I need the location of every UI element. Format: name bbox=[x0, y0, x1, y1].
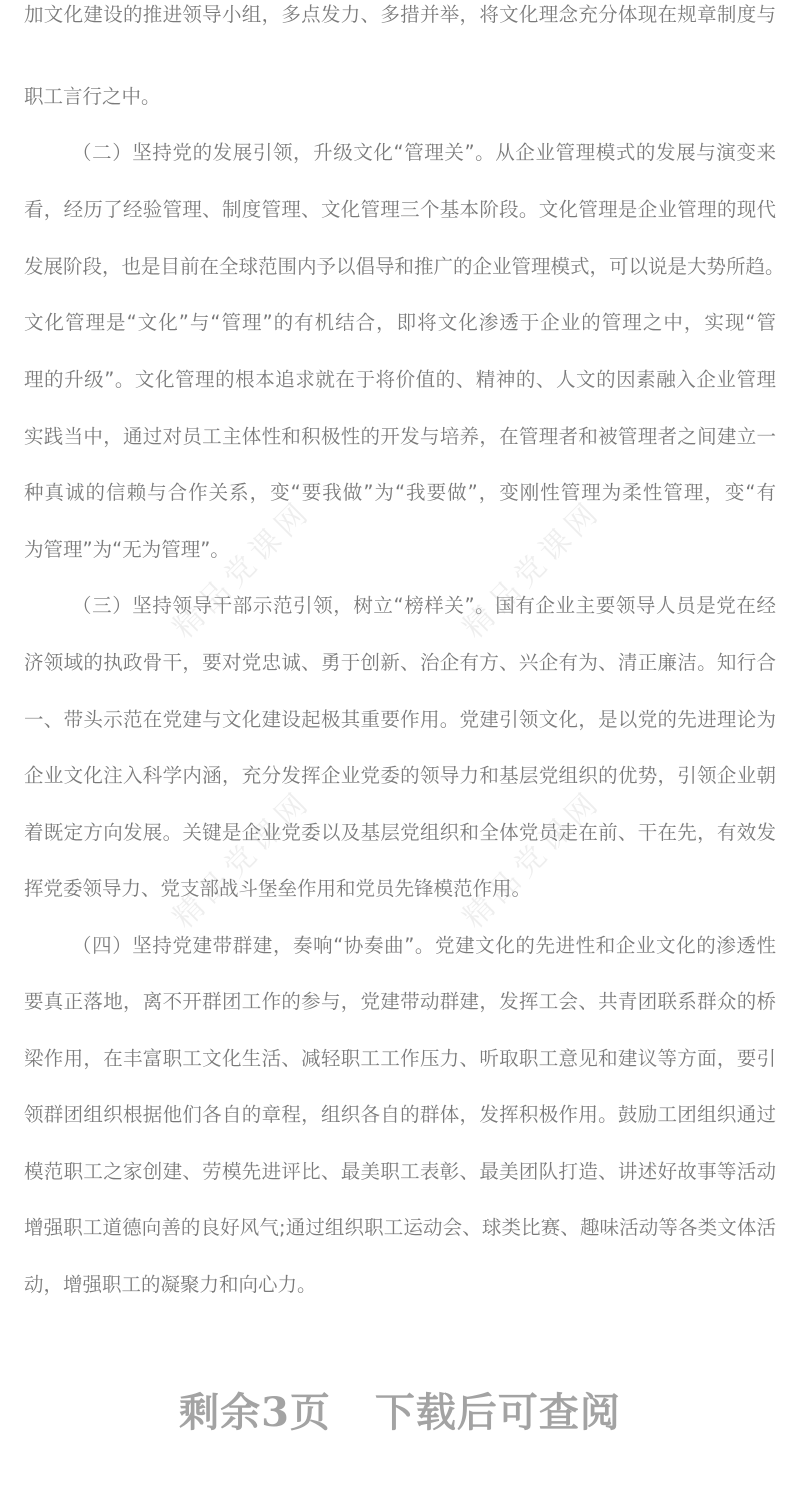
text-line: 实践当中，通过对员工主体性和积极性的开发与培养，在管理者和被管理者之间建立一 bbox=[24, 422, 776, 452]
watermark-text: 精品党课网 bbox=[161, 488, 319, 646]
text-line: 加文化建设的推进领导小组，多点发力、多措并举，将文化理念充分体现在规章制度与 bbox=[24, 0, 776, 30]
text-line: 领群团组织根据他们各自的章程，组织各自的群体，发挥积极作用。鼓励工团组织通过 bbox=[24, 1100, 776, 1130]
text-line: 着既定方向发展。关键是企业党委以及基层党组织和全体党员走在前、干在先，有效发 bbox=[24, 818, 776, 848]
text-line: 种真诚的信赖与合作关系，变“要我做”为“我要做”，变刚性管理为柔性管理，变“有 bbox=[24, 478, 776, 508]
text-line: 发展阶段，也是目前在全球范围内予以倡导和推广的企业管理模式，可以说是大势所趋。 bbox=[24, 252, 776, 282]
text-line: 济领域的执政骨干，要对党忠诚、勇于创新、治企有方、兴企有为、清正廉洁。知行合 bbox=[24, 648, 776, 678]
text-line: 企业文化注入科学内涵，充分发挥企业党委的领导力和基层党组织的优势，引领企业朝 bbox=[24, 761, 776, 791]
paragraph-first-line: （三）坚持领导干部示范引领，树立“榜样关”。国有企业主要领导人员是党在经 bbox=[72, 591, 776, 621]
watermark-text: 精品党课网 bbox=[161, 778, 319, 936]
text-line: 模范职工之家创建、劳模先进评比、最美职工表彰、最美团队打造、讲述好故事等活动 bbox=[24, 1157, 776, 1187]
text-line: 要真正落地，离不开群团工作的参与，党建带动群建，发挥工会、共青团联系群众的桥 bbox=[24, 987, 776, 1017]
text-line: 增强职工道德向善的良好风气;通过组织职工运动会、球类比赛、趣味活动等各类文体活 bbox=[24, 1213, 776, 1243]
watermark-text: 精品党课网 bbox=[451, 488, 609, 646]
text-line: 动，增强职工的凝聚力和向心力。 bbox=[24, 1270, 776, 1300]
paragraph-first-line: （二）坚持党的发展引领，升级文化“管理关”。从企业管理模式的发展与演变来 bbox=[72, 138, 776, 168]
text-line: 职工言行之中。 bbox=[24, 82, 776, 112]
download-hint-label: 下载后可查阅 bbox=[375, 1389, 621, 1436]
text-line: 一、带头示范在党建与文化建设起极其重要作用。党建引领文化，是以党的先进理论为 bbox=[24, 705, 776, 735]
text-line: 挥党委领导力、党支部战斗堡垒作用和党员先锋模范作用。 bbox=[24, 874, 776, 904]
remaining-pages-label: 剩余3页 bbox=[179, 1389, 331, 1436]
watermark-text: 精品党课网 bbox=[451, 778, 609, 936]
paragraph-first-line: （四）坚持党建带群建，奏响“协奏曲”。党建文化的先进性和企业文化的渗透性 bbox=[72, 931, 776, 961]
text-line: 看，经历了经验管理、制度管理、文化管理三个基本阶段。文化管理是企业管理的现代 bbox=[24, 195, 776, 225]
remaining-pages-banner[interactable]: 剩余3页下载后可查阅 bbox=[0, 1383, 800, 1443]
text-line: 梁作用，在丰富职工文化生活、减轻职工工作压力、听取职工意见和建议等方面，要引 bbox=[24, 1044, 776, 1074]
text-line: 文化管理是“文化”与“管理”的有机结合，即将文化渗透于企业的管理之中，实现“管 bbox=[24, 308, 776, 338]
text-line: 理的升级”。文化管理的根本追求就在于将价值的、精神的、人文的因素融入企业管理 bbox=[24, 365, 776, 395]
document-page: 加文化建设的推进领导小组，多点发力、多措并举，将文化理念充分体现在规章制度与职工… bbox=[0, 0, 800, 1489]
text-line: 为管理”为“无为管理”。 bbox=[24, 535, 776, 565]
